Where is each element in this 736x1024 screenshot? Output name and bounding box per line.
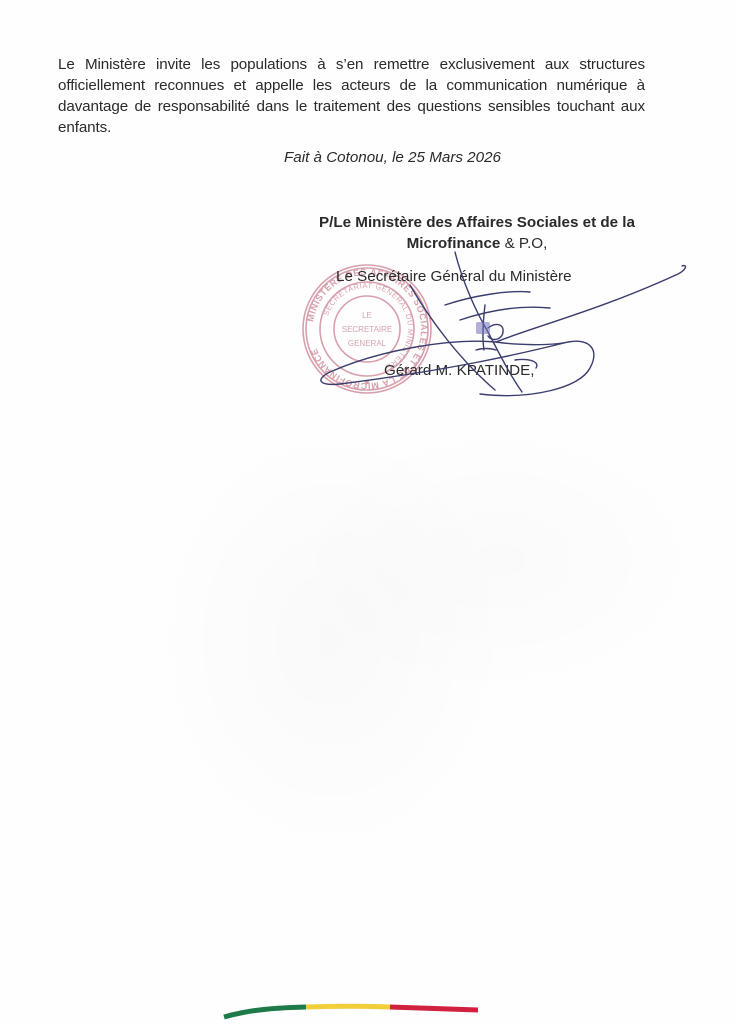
flag-red-segment: [390, 1007, 478, 1010]
national-flag-bar: [222, 1000, 480, 1020]
place-and-date: Fait à Cotonou, le 25 Mars 2026: [284, 149, 501, 166]
signatory-title: P/Le Ministère des Affaires Sociales et …: [297, 212, 657, 254]
signatory-ministry: P/Le Ministère des Affaires Sociales et …: [319, 214, 635, 252]
flag-green-segment: [224, 1007, 306, 1017]
handwritten-signature-icon: [300, 250, 690, 400]
flag-yellow-segment: [306, 1006, 390, 1007]
closing-paragraph: Le Ministère invite les populations à s’…: [58, 54, 645, 138]
document-page: Le Ministère invite les populations à s’…: [0, 0, 736, 1024]
